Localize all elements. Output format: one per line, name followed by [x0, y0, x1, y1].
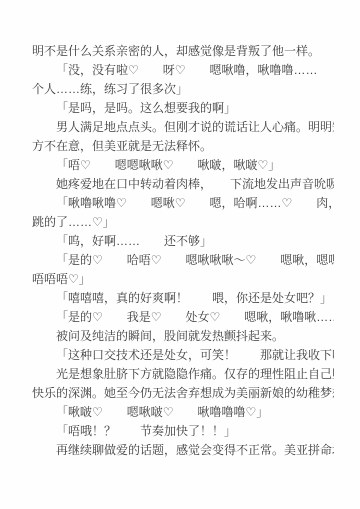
text-line: 「这种口交技术还是处女，可笑！ 那就让我收下吧」 [32, 346, 334, 365]
text-line: 明不是什么关系亲密的人，却感觉像是背叛了他一样。 [32, 42, 334, 61]
text-line: 个人……练，练习了很多次」 [32, 80, 334, 99]
text-line: 唔唔唔♡」 [32, 270, 334, 289]
text-line: 「啾噜啾噜♡ 嗯啾♡ 嗯，哈啊……♡ 肉，肉棒一跳一 [32, 194, 334, 213]
text-line: 「嘻嘻嘻，真的好爽啊！ 喂，你还是处女吧？」 [32, 289, 334, 308]
text-line: 「是的♡ 我是♡ 处女♡ 嗯啾，啾噜啾……♡」 [32, 308, 334, 327]
text-line: 跳的了……♡」 [32, 213, 334, 232]
text-column: 明不是什么关系亲密的人，却感觉像是背叛了他一样。「没，没有啦♡ 呀♡ 嗯啾噜，啾… [32, 42, 334, 460]
text-line: 她疼爱地在口中转动着肉棒， 下流地发出声音吮吸着。 [32, 175, 334, 194]
text-line: 再继续聊做爱的话题，感觉会变得不正常。美亚拼命地通过 [32, 441, 334, 460]
text-line: 「是吗，是吗。这么想要我的啊」 [32, 99, 334, 118]
text-line: 光是想象肚脐下方就隐隐作痛。仅存的理性阻止自己堕落至 [32, 365, 334, 384]
text-line: 「是的♡ 哈唔♡ 嗯啾啾啾～♡ 嗯啾，嗯嗯～ 嗯啾 [32, 251, 334, 270]
text-line: 男人满足地点点头。但刚才说的谎话让人心痛。明明知道对 [32, 118, 334, 137]
book-page: 明不是什么关系亲密的人，却感觉像是背叛了他一样。「没，没有啦♡ 呀♡ 嗯啾噜，啾… [0, 0, 360, 509]
text-line: 「啾啵♡ 嗯啾啵♡ 啾噜噜噜♡」 [32, 403, 334, 422]
text-line: 快乐的深渊。她至今仍无法舍弃想成为美丽新娘的幼稚梦想。 [32, 384, 334, 403]
text-line: 「呜，好啊…… 还不够」 [32, 232, 334, 251]
text-line: 方不在意，但美亚就是无法释怀。 [32, 137, 334, 156]
text-line: 「没，没有啦♡ 呀♡ 嗯啾噜，啾噜噜…… 自，自己一 [32, 61, 334, 80]
text-line: 「唔哦！？ 节奏加快了！！」 [32, 422, 334, 441]
text-line: 「唔♡ 嗯嗯啾啾♡ 啾啵，啾啵♡」 [32, 156, 334, 175]
text-line: 被问及纯洁的瞬间，股间就发热颤抖起来。 [32, 327, 334, 346]
